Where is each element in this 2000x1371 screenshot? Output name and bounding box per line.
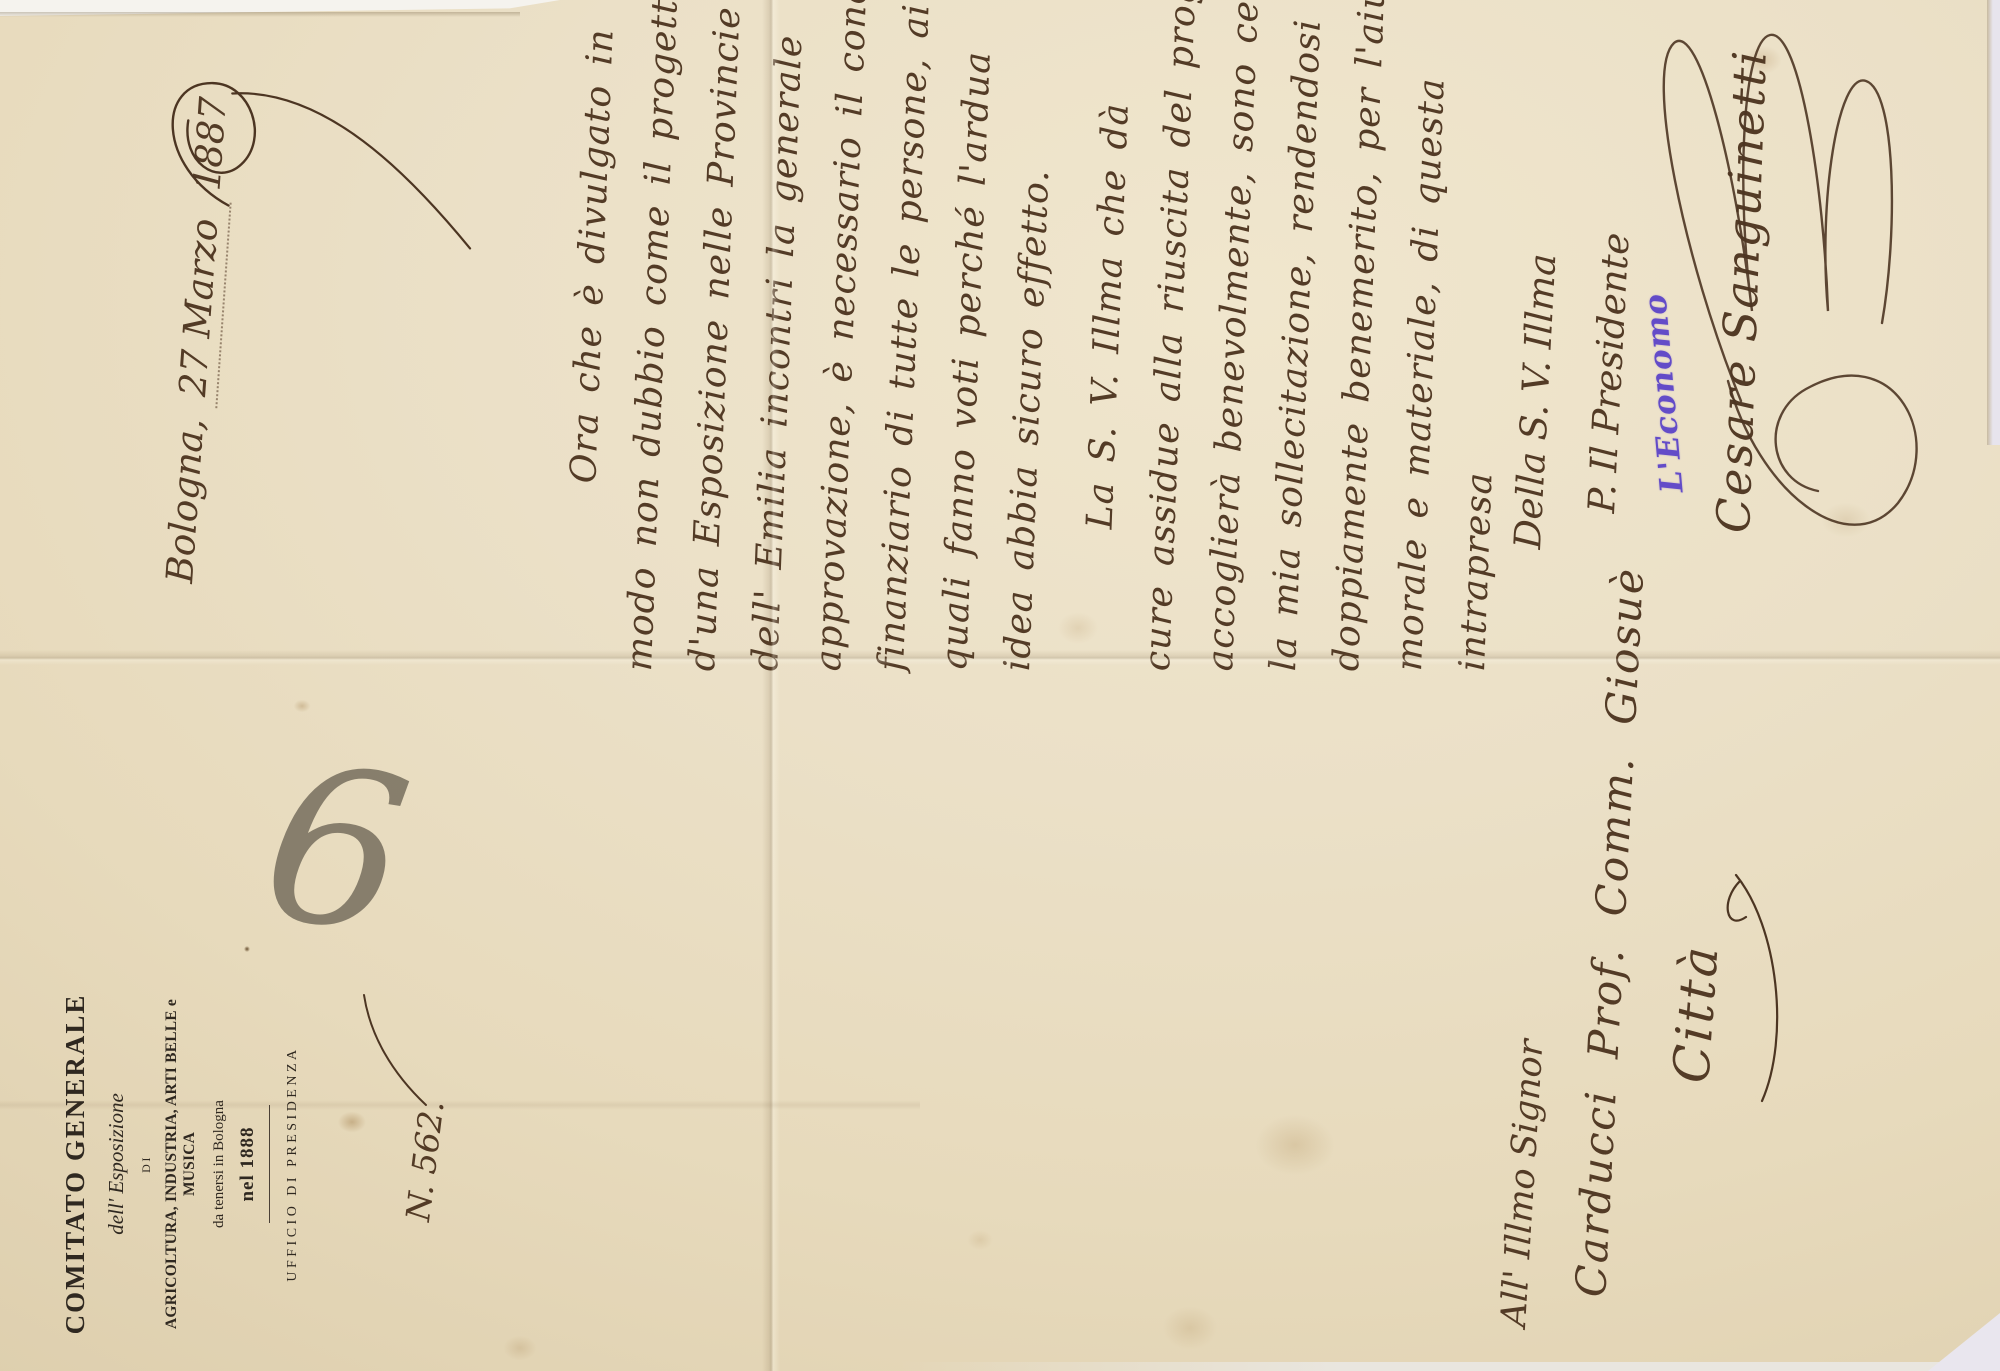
letter-body: Ora che è divulgato in modo non dubbio c…	[545, 6, 1504, 671]
address-city-flourish	[1726, 849, 1796, 1109]
date-month: Marzo	[175, 217, 226, 339]
protocol-flourish	[356, 989, 436, 1109]
address-city: Città	[1662, 942, 1730, 1085]
letterhead-subtitle: dell' Esposizione	[104, 965, 129, 1363]
paragraph-1: Ora che è divulgato in modo non dubbio c…	[545, 6, 1049, 671]
letterhead-year: nel 1888	[237, 965, 259, 1363]
letterhead-office: UFFICIO DI PRESIDENZA	[285, 965, 301, 1363]
letter-content: COMITATO GENERALE dell' Esposizione DI A…	[0, 0, 2000, 1371]
letterhead-location: da tenersi in Bologna	[211, 965, 228, 1363]
dateline: Bologna,27 Marzo1887	[158, 95, 235, 584]
letterhead-of: DI	[139, 965, 154, 1363]
protocol-number: N. 562.	[398, 1098, 451, 1223]
letterhead-committee: COMITATO GENERALE	[60, 965, 91, 1363]
date-city: Bologna,	[158, 417, 212, 585]
letterhead-departments: AGRICOLTURA, INDUSTRIA, ARTI BELLE e MUS…	[163, 965, 199, 1363]
letterhead-rule	[269, 1105, 270, 1223]
date-flourish	[165, 0, 510, 252]
letterhead: COMITATO GENERALE dell' Esposizione DI A…	[60, 965, 301, 1363]
address-honorific: All' Illmo Signor	[1494, 1038, 1552, 1328]
scanned-letter-page: COMITATO GENERALE dell' Esposizione DI A…	[0, 0, 2000, 1371]
paragraph-2: La S. V. Illma che dà cure assidue alla …	[1063, 6, 1504, 671]
date-day: 27	[171, 348, 217, 398]
